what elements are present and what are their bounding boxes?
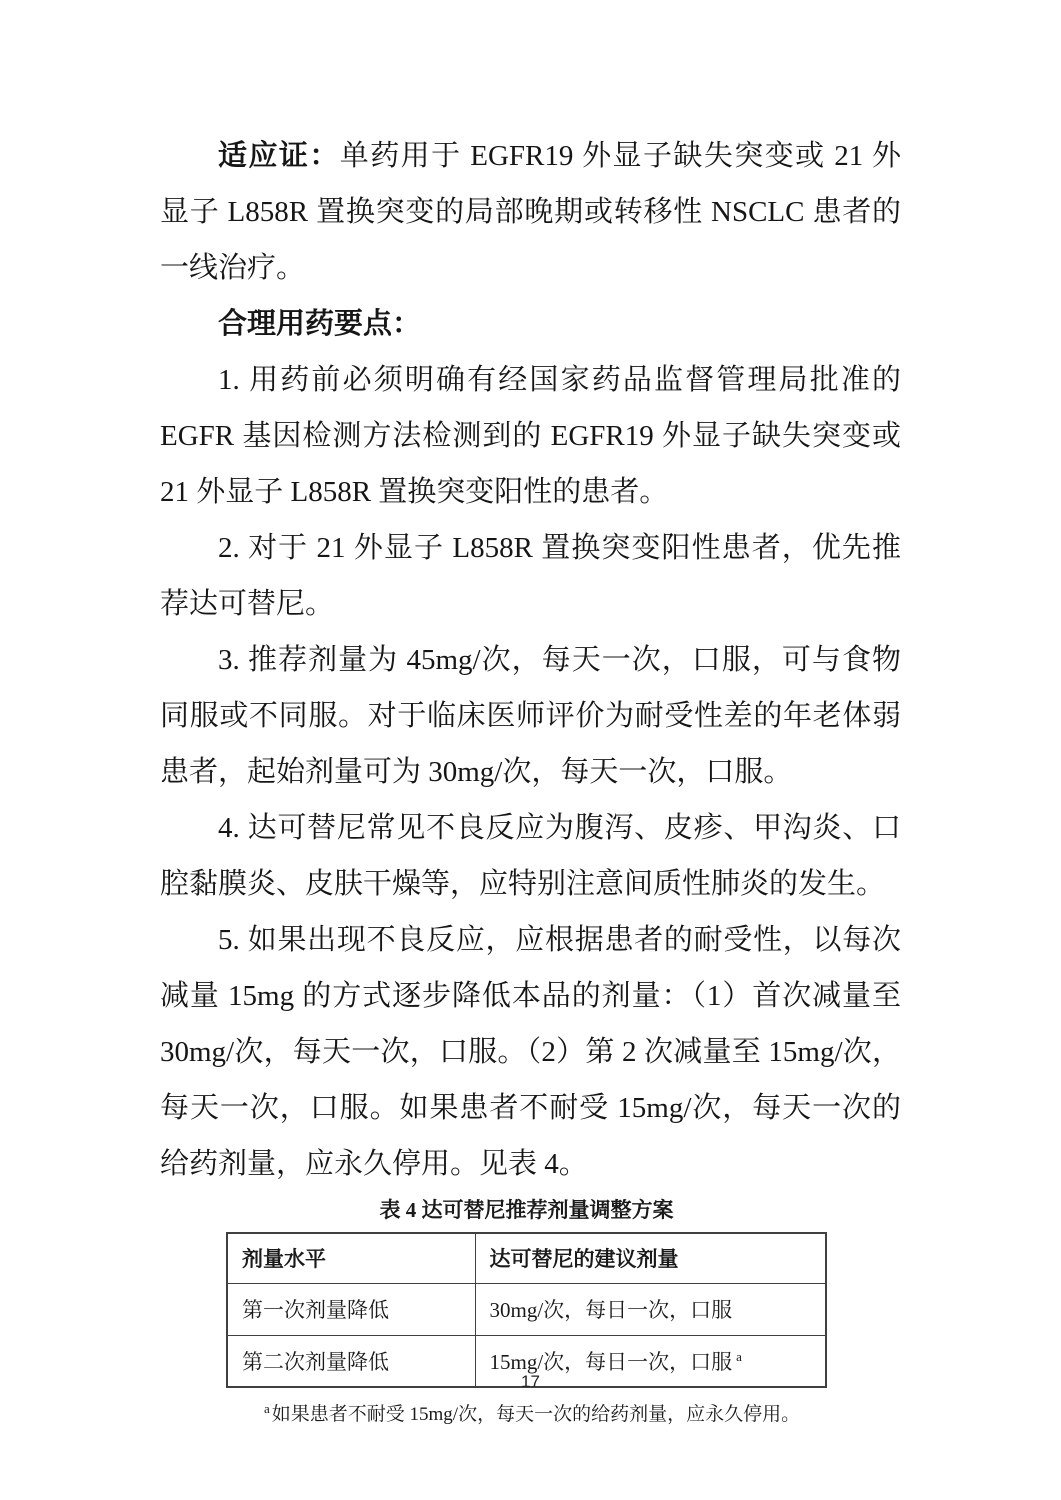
section-heading: 合理用药要点： <box>160 296 901 352</box>
table-row: 第一次剂量降低 30mg/次，每日一次，口服 <box>227 1283 826 1335</box>
dose-table-block: 表 4 达可替尼推荐剂量调整方案 剂量水平 达可替尼的建议剂量 第一次剂量降低 … <box>226 1197 827 1388</box>
paragraph-item-5: 5. 如果出现不良反应，应根据患者的耐受性，以每次减量 15mg 的方式逐步降低… <box>160 912 901 1192</box>
indication-label: 适应证： <box>218 140 340 172</box>
paragraph-text: 1. 用药前必须明确有经国家药品监督管理局批准的 EGFR 基因检测方法检测到的… <box>160 364 901 508</box>
paragraph-item-4: 4. 达可替尼常见不良反应为腹泻、皮疹、甲沟炎、口腔黏膜炎、皮肤干燥等，应特别注… <box>160 800 901 912</box>
paragraph-item-3: 3. 推荐剂量为 45mg/次，每天一次，口服，可与食物同服或不同服。对于临床医… <box>160 632 901 800</box>
footnote-text: 如果患者不耐受 15mg/次，每天一次的给药剂量，应永久停用。 <box>272 1404 800 1425</box>
document-body: 适应证：单药用于 EGFR19 外显子缺失突变或 21 外显子 L858R 置换… <box>160 128 901 1427</box>
footnote-marker: a <box>736 1349 742 1364</box>
table-header-row: 剂量水平 达可替尼的建议剂量 <box>227 1233 826 1283</box>
paragraph-text: 4. 达可替尼常见不良反应为腹泻、皮疹、甲沟炎、口腔黏膜炎、皮肤干燥等，应特别注… <box>160 812 901 900</box>
document-page: 适应证：单药用于 EGFR19 外显子缺失突变或 21 外显子 L858R 置换… <box>0 0 1061 1500</box>
paragraph-item-2: 2. 对于 21 外显子 L858R 置换突变阳性患者，优先推荐达可替尼。 <box>160 520 901 632</box>
paragraph-indication: 适应证：单药用于 EGFR19 外显子缺失突变或 21 外显子 L858R 置换… <box>160 128 901 296</box>
header-dose-level: 剂量水平 <box>227 1233 475 1283</box>
dose-adjustment-table: 剂量水平 达可替尼的建议剂量 第一次剂量降低 30mg/次，每日一次，口服 第二… <box>226 1232 827 1388</box>
cell-dose-level: 第一次剂量降低 <box>227 1283 475 1335</box>
section-heading-label: 合理用药要点： <box>218 308 421 340</box>
paragraph-text: 5. 如果出现不良反应，应根据患者的耐受性，以每次减量 15mg 的方式逐步降低… <box>160 924 901 1180</box>
page-number: 17 <box>0 1372 1061 1392</box>
header-recommended-dose: 达可替尼的建议剂量 <box>475 1233 826 1283</box>
cell-recommended-dose: 30mg/次，每日一次，口服 <box>475 1283 826 1335</box>
paragraph-text: 3. 推荐剂量为 45mg/次，每天一次，口服，可与食物同服或不同服。对于临床医… <box>160 644 901 788</box>
paragraph-item-1: 1. 用药前必须明确有经国家药品监督管理局批准的 EGFR 基因检测方法检测到的… <box>160 352 901 520</box>
table-footnote: a如果患者不耐受 15mg/次，每天一次的给药剂量，应永久停用。 <box>226 1403 901 1427</box>
table-caption: 表 4 达可替尼推荐剂量调整方案 <box>226 1197 827 1223</box>
footnote-marker: a <box>264 1401 270 1416</box>
paragraph-text: 2. 对于 21 外显子 L858R 置换突变阳性患者，优先推荐达可替尼。 <box>160 532 901 620</box>
